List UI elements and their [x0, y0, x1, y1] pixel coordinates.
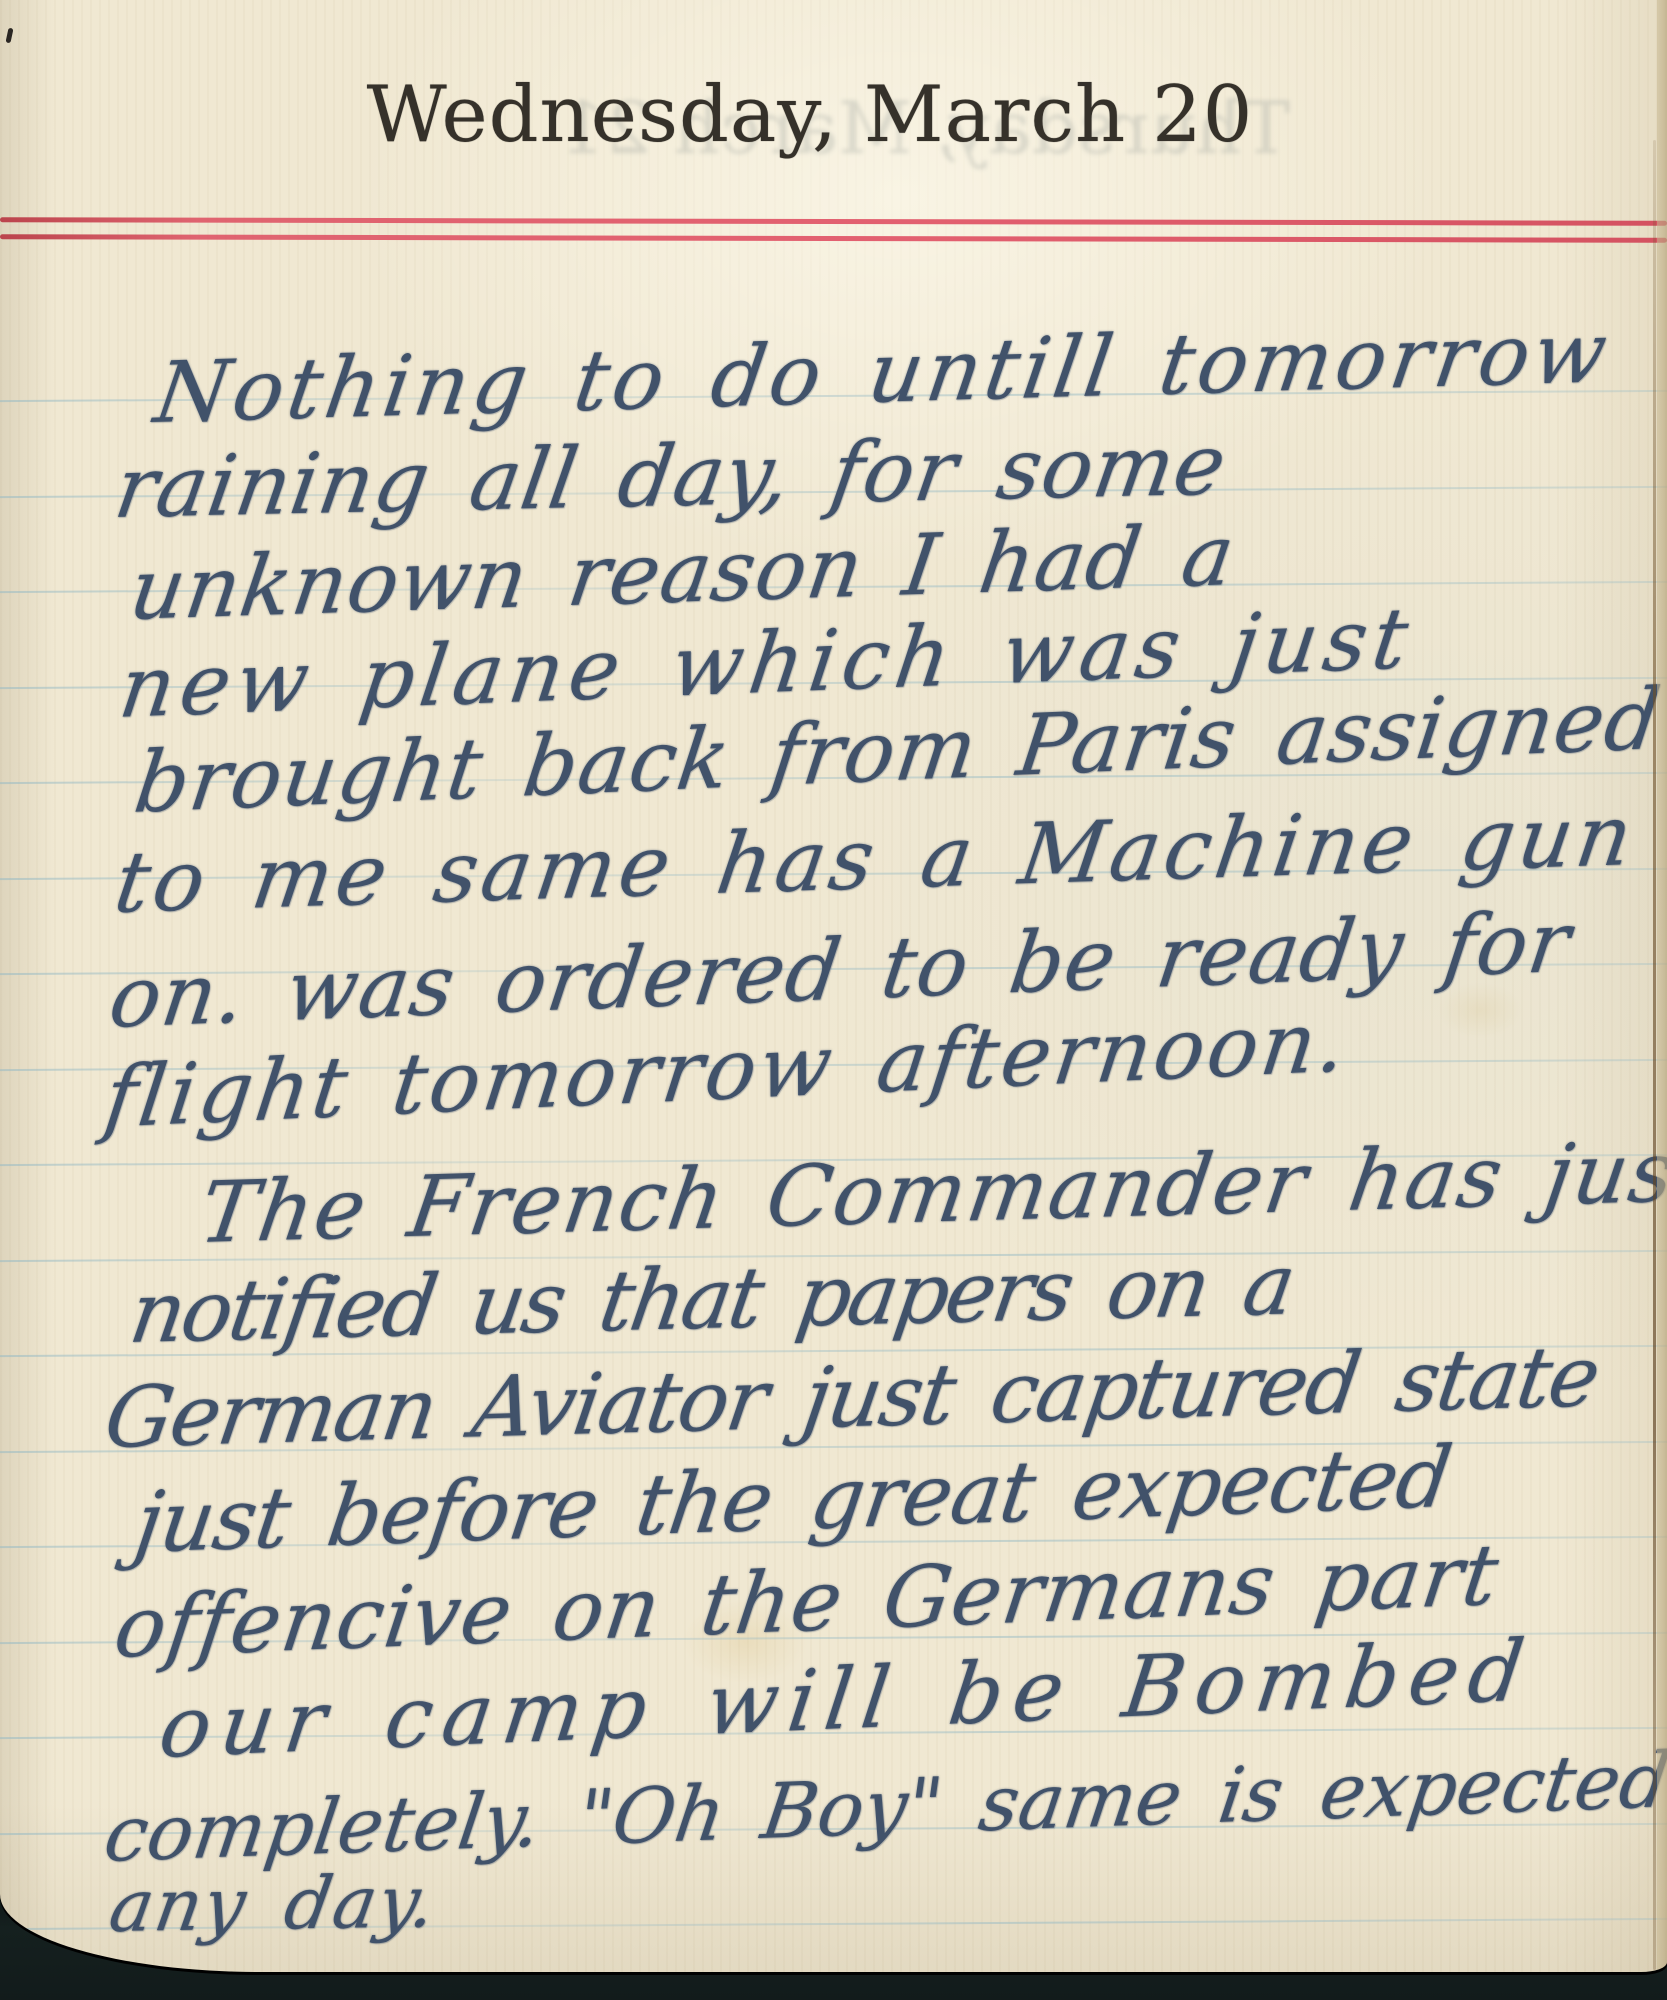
page-edge-line	[1653, 140, 1656, 1970]
handwriting-line: any day.	[105, 1865, 443, 1942]
red-rule-bottom	[0, 234, 1667, 242]
ink-speck	[5, 28, 13, 44]
handwriting-line: Nothing to do untill tomorrow	[150, 310, 1616, 435]
page-title: Wednesday, March 20	[0, 70, 1620, 160]
red-rule-top	[0, 217, 1667, 225]
handwriting-line: The French Commander has just	[195, 1128, 1667, 1255]
page-edge-strip	[1657, 0, 1667, 1972]
diary-page: Thursday, March 21 Wednesday, March 20 N…	[0, 0, 1667, 1972]
handwriting-line: notified us that papers on a	[125, 1242, 1298, 1355]
scanned-diary-photo: Thursday, March 21 Wednesday, March 20 N…	[0, 0, 1667, 2000]
